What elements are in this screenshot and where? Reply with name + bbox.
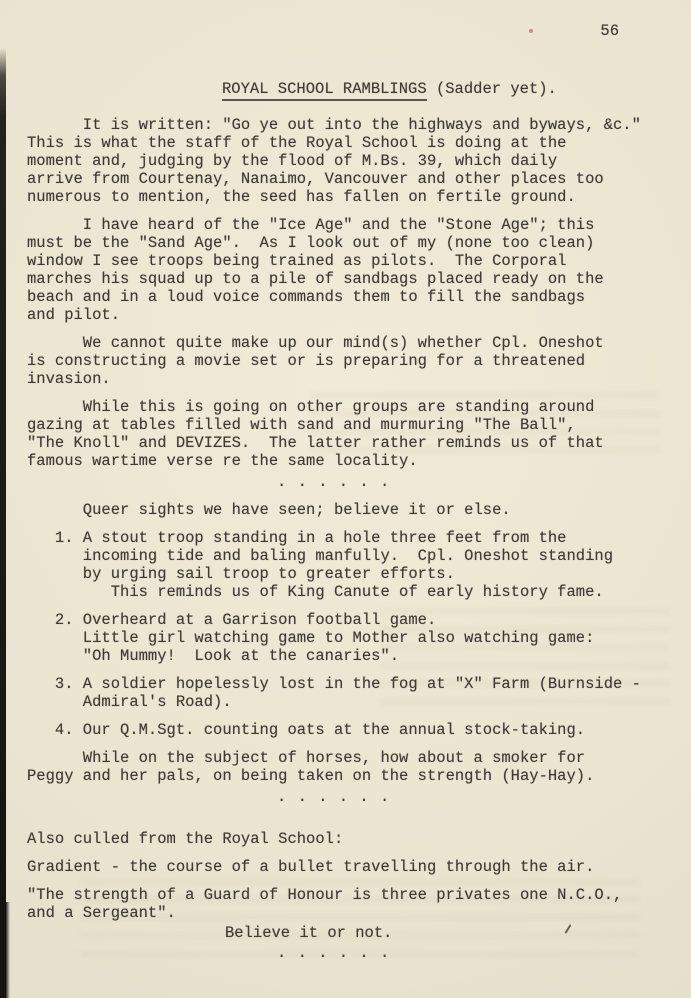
believe-line: Believe it or not.	[225, 924, 661, 942]
dots-separator-1: . . . . . .	[277, 473, 661, 491]
devizes-paragraph: While this is going on other groups are …	[27, 398, 661, 470]
also-culled-line: Also culled from the Royal School:	[27, 830, 661, 848]
guard-of-honour-paragraph: "The strength of a Guard of Honour is th…	[27, 886, 661, 922]
page-title-suffix: (Sadder yet).	[427, 80, 557, 98]
list-item-4: 4. Our Q.M.Sgt. counting oats at the ann…	[27, 721, 661, 739]
list-item-1: 1. A stout troop standing in a hole thre…	[27, 529, 661, 601]
dots-separator-2: . . . . . .	[277, 788, 661, 806]
intro-paragraph: It is written: "Go ye out into the highw…	[27, 116, 661, 206]
gradient-line: Gradient - the course of a bullet travel…	[27, 858, 661, 876]
oneshot-paragraph: We cannot quite make up our mind(s) whet…	[27, 334, 661, 388]
horses-paragraph: While on the subject of horses, how abou…	[27, 749, 661, 785]
page-title-underlined: ROYAL SCHOOL RAMBLINGS	[222, 80, 427, 101]
dots-separator-3: . . . . . .	[277, 944, 661, 962]
list-item-3: 3. A soldier hopelessly lost in the fog …	[27, 675, 661, 711]
page-title: ROYAL SCHOOL RAMBLINGS (Sadder yet).	[222, 80, 661, 98]
scanned-document-page: { "page": { "number": "56" }, "title": {…	[0, 0, 691, 998]
queer-sights-line: Queer sights we have seen; believe it or…	[27, 501, 661, 519]
page-content: ROYAL SCHOOL RAMBLINGS (Sadder yet). It …	[0, 0, 691, 998]
sand-age-paragraph: I have heard of the "Ice Age" and the "S…	[27, 216, 661, 324]
list-item-2: 2. Overheard at a Garrison football game…	[27, 611, 661, 665]
